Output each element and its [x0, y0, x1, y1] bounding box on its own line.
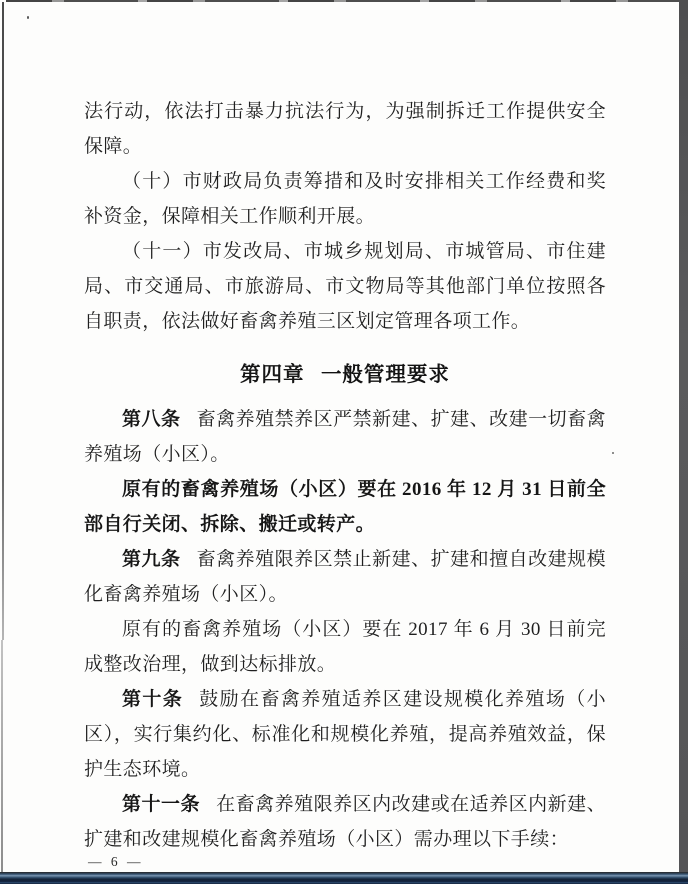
paragraph-item-10: （十）市财政局负责筹措和及时安排相关工作经费和奖补资金，保障相关工作顺利开展。: [84, 164, 606, 234]
article-number: 第八条: [122, 409, 181, 430]
paragraph-continuation: 法行动，依法打击暴力抗法行为，为强制拆迁工作提供安全保障。: [84, 94, 606, 164]
article-9-deadline: 原有的畜禽养殖场（小区）要在 2017 年 6 月 30 日前完成整改治理，做到…: [84, 612, 606, 682]
article-number: 第九条: [122, 549, 181, 570]
paragraph-item-11: （十一）市发改局、市城乡规划局、市城管局、市住建局、市交通局、市旅游局、市文物局…: [84, 234, 606, 339]
article-8: 第八条畜禽养殖禁养区严禁新建、扩建、改建一切畜禽养殖场（小区）。: [84, 402, 606, 472]
scan-edge-left: [2, 2, 4, 640]
article-8-deadline: 原有的畜禽养殖场（小区）要在 2016 年 12 月 31 日前全部自行关闭、拆…: [84, 472, 606, 542]
article-10: 第十条鼓励在畜禽养殖适养区建设规模化养殖场（小区），实行集约化、标准化和规模化养…: [84, 682, 606, 787]
article-number: 第十一条: [122, 794, 200, 815]
article-number: 第十条: [122, 689, 183, 710]
article-11: 第十一条在畜禽养殖限养区内改建或在适养区内新建、扩建和改建规模化畜禽养殖场（小区…: [84, 787, 606, 857]
scan-speck: [356, 243, 359, 246]
paragraph-text: 法行动，依法打击暴力抗法行为，为强制拆迁工作提供安全保障。: [84, 101, 606, 157]
document-body: 法行动，依法打击暴力抗法行为，为强制拆迁工作提供安全保障。 （十）市财政局负责筹…: [84, 94, 606, 857]
scan-speck: [27, 16, 29, 19]
scan-bottom-bar: [0, 872, 688, 884]
scan-speck: [612, 452, 614, 454]
paragraph-text: 原有的畜禽养殖场（小区）要在 2017 年 6 月 30 日前完成整改治理，做到…: [84, 619, 606, 675]
chapter-heading: 第四章一般管理要求: [84, 357, 606, 392]
page-number: — 6 —: [88, 854, 144, 870]
scan-speck: [89, 447, 91, 449]
chapter-number: 第四章: [240, 362, 305, 386]
scan-edge-left-lower: [1, 640, 3, 884]
chapter-title: 一般管理要求: [321, 362, 450, 386]
paragraph-text: 原有的畜禽养殖场（小区）要在 2016 年 12 月 31 日前全部自行关闭、拆…: [84, 479, 606, 535]
article-9: 第九条畜禽养殖限养区禁止新建、扩建和擅自改建规模化畜禽养殖场（小区）。: [84, 542, 606, 612]
scanned-document-page: 法行动，依法打击暴力抗法行为，为强制拆迁工作提供安全保障。 （十）市财政局负责筹…: [0, 0, 688, 884]
scan-edge-top: [6, 0, 680, 2]
paragraph-text: （十一）市发改局、市城乡规划局、市城管局、市住建局、市交通局、市旅游局、市文物局…: [84, 241, 606, 332]
paragraph-text: （十）市财政局负责筹措和及时安排相关工作经费和奖补资金，保障相关工作顺利开展。: [84, 171, 606, 227]
scan-edge-right: [679, 0, 688, 873]
